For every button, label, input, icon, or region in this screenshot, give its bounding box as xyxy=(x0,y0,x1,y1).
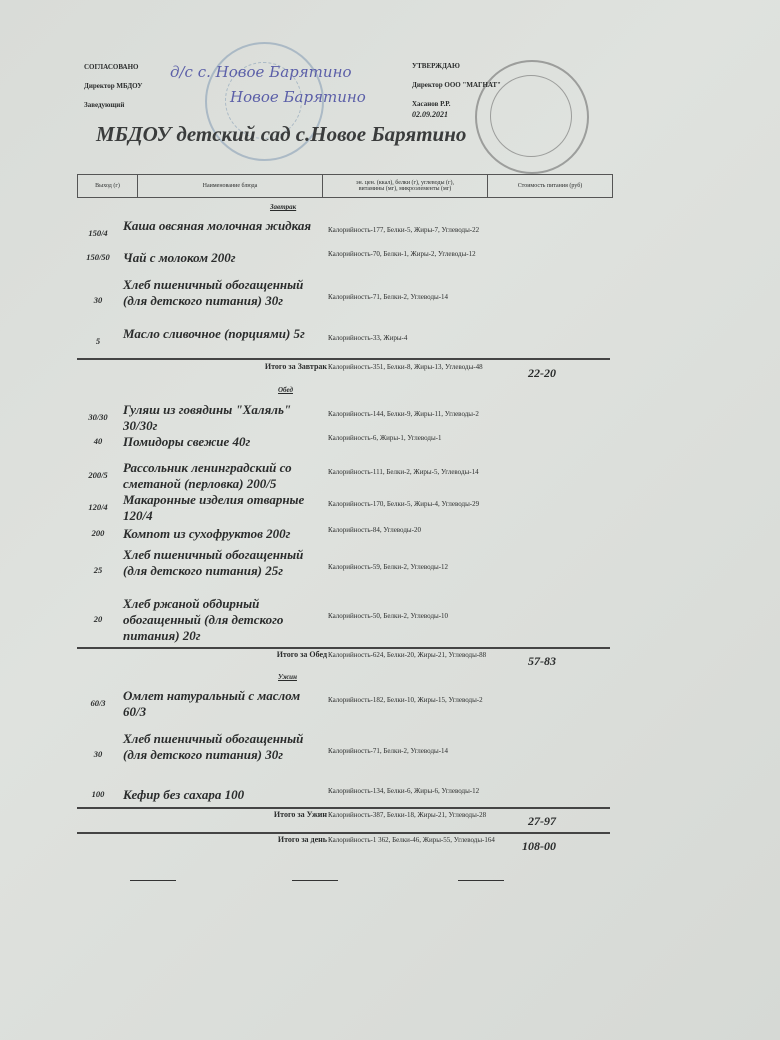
section-divider xyxy=(77,358,610,360)
section-divider xyxy=(77,807,610,809)
approval-date: 02.09.2021 xyxy=(412,110,501,120)
item-quantity: 200 xyxy=(80,528,116,538)
section-total-cost: 22-20 xyxy=(528,366,556,381)
section-total-cost: 57-83 xyxy=(528,654,556,669)
item-dish-name: Помидоры свежие 40г xyxy=(123,434,318,450)
item-quantity: 5 xyxy=(80,336,116,346)
item-nutrition: Калорийность-6, Жиры-1, Углеводы-1 xyxy=(328,433,498,443)
approver-title: Директор ООО "МАГНАТ" xyxy=(412,76,501,95)
item-nutrition: Калорийность-59, Белки-2, Углеводы-12 xyxy=(328,562,498,572)
item-dish-name: Омлет натуральный с маслом 60/3 xyxy=(123,688,318,720)
menu-item-row: 20Хлеб ржаной обдирный обогащенный (для … xyxy=(80,596,610,644)
menu-item-row: 120/4Макаронные изделия отварные 120/4Ка… xyxy=(80,492,610,524)
menu-item-row: 200/5Рассольник ленинградский со сметано… xyxy=(80,460,610,492)
item-dish-name: Компот из сухофруктов 200г xyxy=(123,526,318,542)
page-title: МБДОУ детский сад с.Новое Барятино xyxy=(96,122,466,147)
col-nutrition-line2: витамины (мг), микроэлементы (мг) xyxy=(359,186,452,192)
item-nutrition: Калорийность-71, Белки-2, Углеводы-14 xyxy=(328,292,498,302)
table-header: Выход (г) Наименование блюда эн. цен. (к… xyxy=(77,174,613,198)
item-dish-name: Масло сливочное (порциями) 5г xyxy=(123,326,318,342)
col-dish: Наименование блюда xyxy=(138,175,323,198)
signature-line-1 xyxy=(130,880,176,881)
item-quantity: 20 xyxy=(80,614,116,624)
item-nutrition: Калорийность-33, Жиры-4 xyxy=(328,333,498,343)
item-quantity: 40 xyxy=(80,436,116,446)
item-quantity: 150/50 xyxy=(80,252,116,262)
item-nutrition: Калорийность-111, Белки-2, Жиры-5, Углев… xyxy=(328,467,498,477)
round-stamp-right-inner xyxy=(490,75,572,157)
item-nutrition: Калорийность-144, Белки-9, Жиры-11, Угле… xyxy=(328,409,498,419)
item-dish-name: Макаронные изделия отварные 120/4 xyxy=(123,492,318,524)
day-total-cost: 108-00 xyxy=(522,839,556,854)
section-total-nutrition: Калорийность-351, Белки-8, Жиры-13, Угле… xyxy=(328,362,498,372)
col-qty: Выход (г) xyxy=(78,175,138,198)
director-label: Директор МБДОУ xyxy=(84,76,142,95)
item-nutrition: Калорийность-71, Белки-2, Углеводы-14 xyxy=(328,746,498,756)
section-total-nutrition: Калорийность-387, Белки-18, Жиры-21, Угл… xyxy=(328,810,498,820)
item-nutrition: Калорийность-134, Белки-6, Жиры-6, Углев… xyxy=(328,786,498,796)
section-title-breakfast: Завтрак xyxy=(270,203,296,211)
item-dish-name: Хлеб ржаной обдирный обогащенный (для де… xyxy=(123,596,318,644)
section-total-label: Итого за Обед xyxy=(80,650,327,659)
item-dish-name: Хлеб пшеничный обогащенный (для детского… xyxy=(123,277,318,309)
section-total-label: Итого за Ужин xyxy=(80,810,327,819)
signature-top: д/с с. Новое Барятино xyxy=(170,63,351,81)
item-quantity: 30/30 xyxy=(80,412,116,422)
menu-item-row: 150/4Каша овсяная молочная жидкаяКалорий… xyxy=(80,218,610,250)
item-quantity: 200/5 xyxy=(80,470,116,480)
item-dish-name: Хлеб пшеничный обогащенный (для детского… xyxy=(123,547,318,579)
item-nutrition: Калорийность-182, Белки-10, Жиры-15, Угл… xyxy=(328,695,498,705)
approved-block: УТВЕРЖДАЮ Директор ООО "МАГНАТ" Хасанов … xyxy=(412,57,501,120)
menu-item-row: 200Компот из сухофруктов 200гКалорийност… xyxy=(80,526,610,542)
item-nutrition: Калорийность-70, Белки-1, Жиры-2, Углево… xyxy=(328,249,498,259)
item-dish-name: Гуляш из говядины "Халяль" 30/30г xyxy=(123,402,318,434)
menu-item-row: 5Масло сливочное (порциями) 5гКалорийнос… xyxy=(80,326,610,358)
agreed-label: СОГЛАСОВАНО xyxy=(84,57,142,76)
item-nutrition: Калорийность-177, Белки-5, Жиры-7, Углев… xyxy=(328,225,498,235)
section-title-lunch: Обед xyxy=(278,386,293,394)
menu-item-row: 30/30Гуляш из говядины "Халяль" 30/30гКа… xyxy=(80,402,610,434)
item-dish-name: Хлеб пшеничный обогащенный (для детского… xyxy=(123,731,318,763)
item-dish-name: Кефир без сахара 100 xyxy=(123,787,318,803)
item-dish-name: Рассольник ленинградский со сметаной (пе… xyxy=(123,460,318,492)
item-dish-name: Каша овсяная молочная жидкая xyxy=(123,218,318,234)
menu-document: СОГЛАСОВАНО Директор МБДОУ Заведующий д/… xyxy=(0,0,780,1040)
head-label: Заведующий xyxy=(84,95,142,114)
approved-label: УТВЕРЖДАЮ xyxy=(412,57,501,76)
item-nutrition: Калорийность-50, Белки-2, Углеводы-10 xyxy=(328,611,498,621)
signature-line-3 xyxy=(458,880,504,881)
item-quantity: 30 xyxy=(80,749,116,759)
menu-item-row: 30Хлеб пшеничный обогащенный (для детско… xyxy=(80,731,610,779)
section-title-dinner: Ужин xyxy=(278,673,297,681)
item-nutrition: Калорийность-170, Белки-5, Жиры-4, Углев… xyxy=(328,499,498,509)
item-nutrition: Калорийность-84, Углеводы-20 xyxy=(328,525,498,535)
day-total-nutrition: Калорийность-1 362, Белки-46, Жиры-55, У… xyxy=(328,835,498,845)
menu-item-row: 40Помидоры свежие 40гКалорийность-6, Жир… xyxy=(80,434,610,450)
item-quantity: 120/4 xyxy=(80,502,116,512)
section-total-cost: 27-97 xyxy=(528,814,556,829)
menu-item-row: 60/3Омлет натуральный с маслом 60/3Калор… xyxy=(80,688,610,720)
menu-item-row: 100Кефир без сахара 100Калорийность-134,… xyxy=(80,787,610,803)
item-quantity: 25 xyxy=(80,565,116,575)
signature-bottom: Новое Барятино xyxy=(230,88,366,106)
approver-name: Хасанов Р.Р. xyxy=(412,98,501,110)
agreed-block: СОГЛАСОВАНО Директор МБДОУ Заведующий xyxy=(84,57,142,114)
col-nutrition: эн. цен. (ккал), белки (г), углеводы (г)… xyxy=(323,175,488,198)
item-quantity: 60/3 xyxy=(80,698,116,708)
item-quantity: 150/4 xyxy=(80,228,116,238)
section-total-nutrition: Калорийность-624, Белки-20, Жиры-21, Угл… xyxy=(328,650,498,660)
col-cost: Стоимость питания (руб) xyxy=(488,175,613,198)
item-dish-name: Чай с молоком 200г xyxy=(123,250,318,266)
item-quantity: 100 xyxy=(80,789,116,799)
menu-item-row: 150/50Чай с молоком 200гКалорийность-70,… xyxy=(80,250,610,266)
day-divider xyxy=(77,832,610,834)
signature-line-2 xyxy=(292,880,338,881)
day-total-label: Итого за день xyxy=(80,835,327,844)
section-divider xyxy=(77,647,610,649)
section-total-label: Итого за Завтрак xyxy=(80,362,327,371)
menu-item-row: 25Хлеб пшеничный обогащенный (для детско… xyxy=(80,547,610,595)
item-quantity: 30 xyxy=(80,295,116,305)
menu-item-row: 30Хлеб пшеничный обогащенный (для детско… xyxy=(80,277,610,325)
